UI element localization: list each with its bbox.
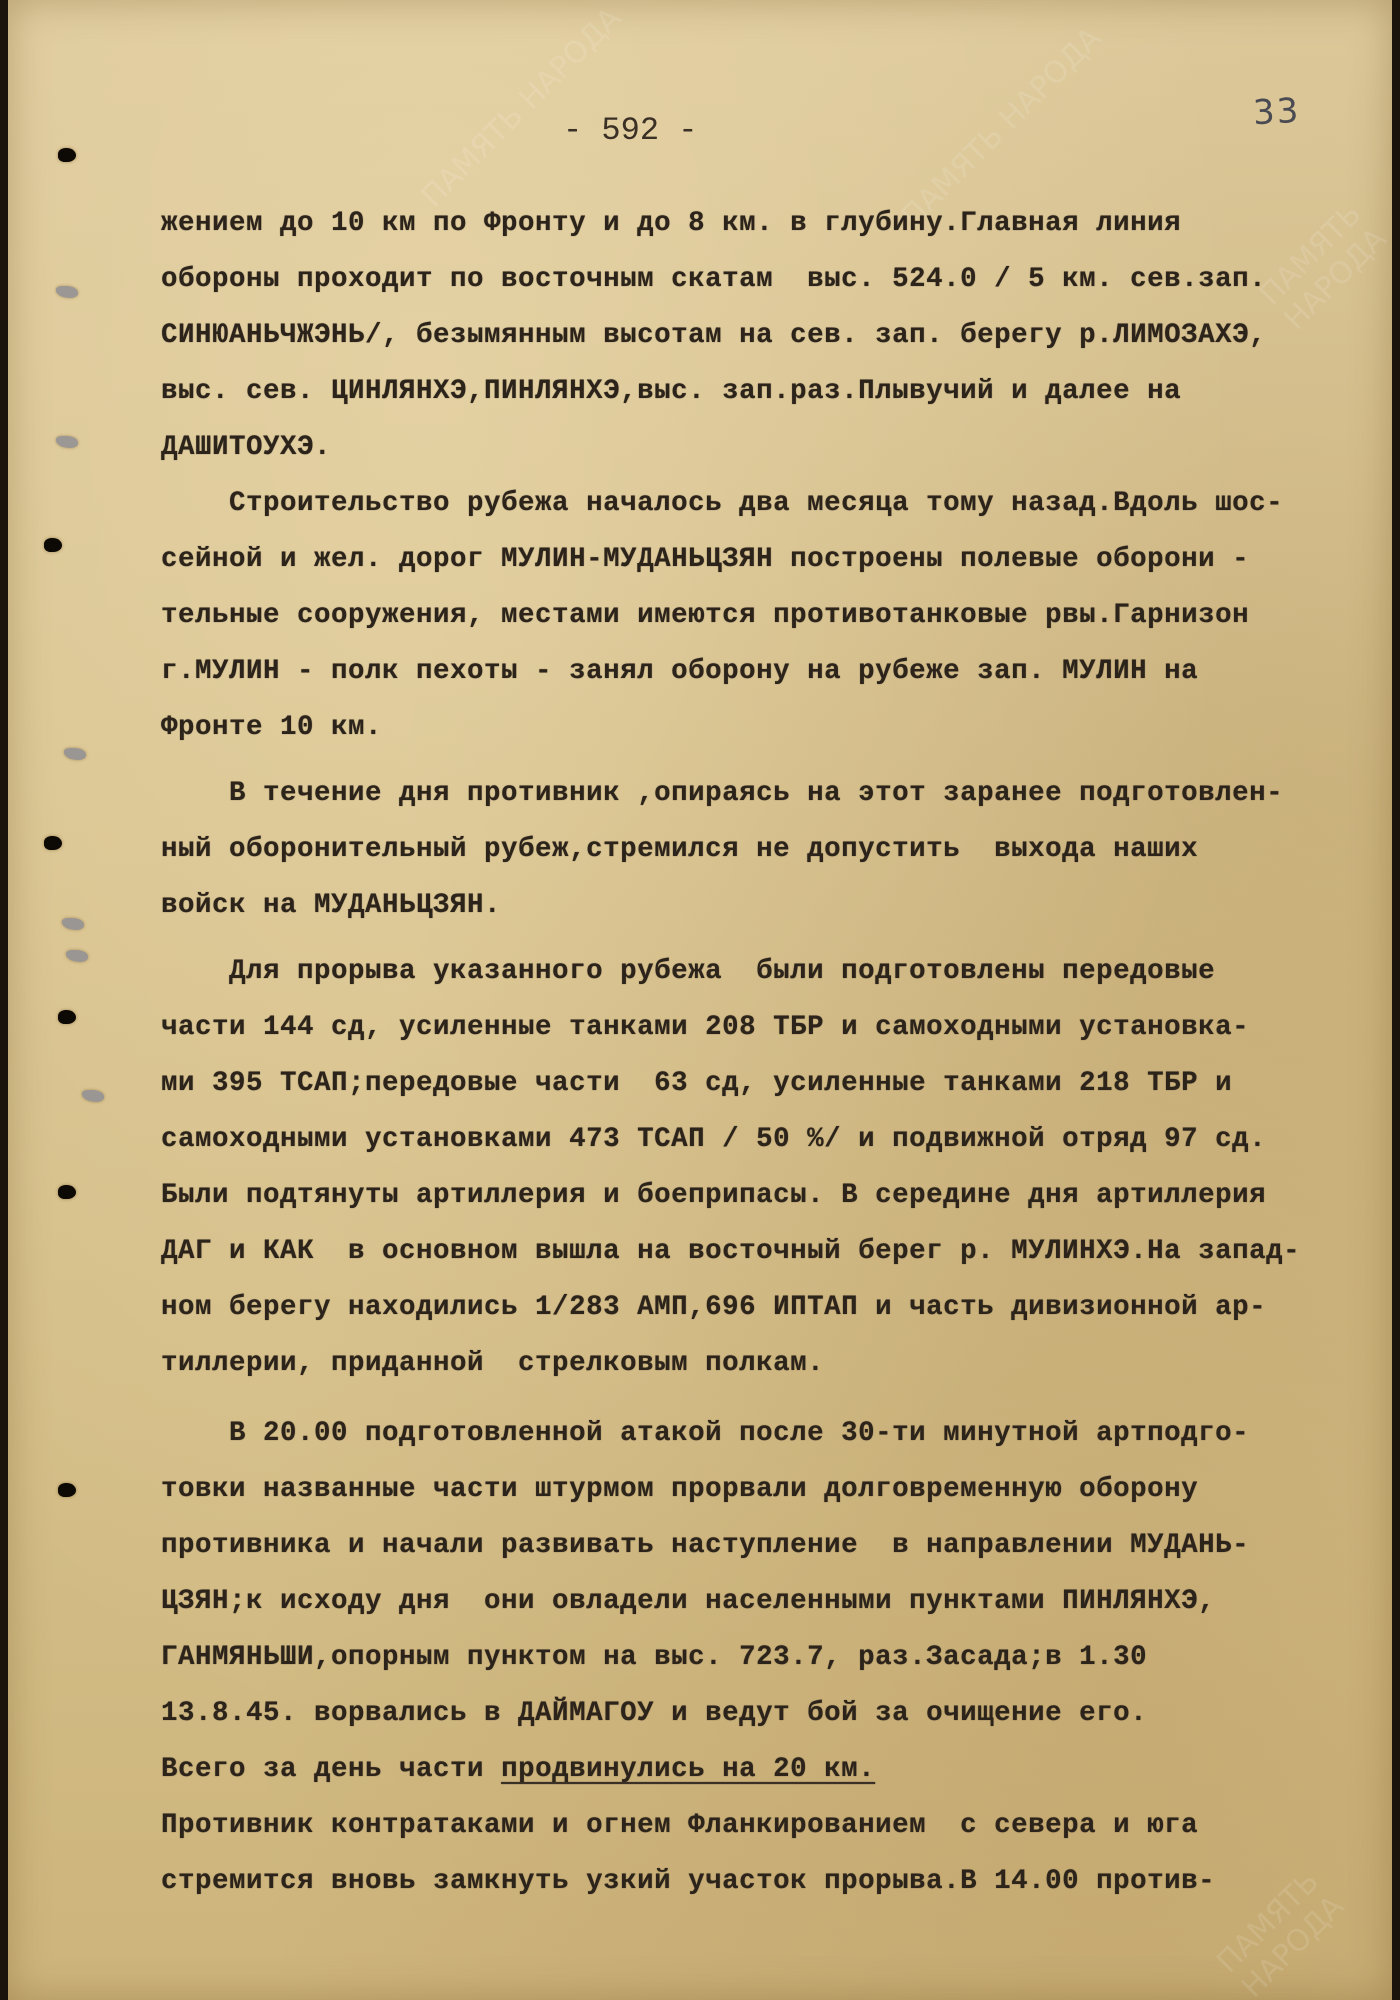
- text-line: В 20.00 подготовленной атакой после 30-т…: [161, 1406, 1400, 1462]
- document-body: жением до 10 км по Фронту и до 8 км. в г…: [161, 196, 1400, 1910]
- text-line: самоходными установками 473 ТСАП / 50 %/…: [161, 1112, 1400, 1168]
- binding-hole: [58, 1185, 76, 1199]
- paragraph-1: жением до 10 км по Фронту и до 8 км. в г…: [161, 196, 1400, 476]
- text-line: войск на МУДАНЬЦЗЯН.: [161, 878, 1400, 934]
- binding-hole: [44, 836, 62, 850]
- paragraph-5: В 20.00 подготовленной атакой после 30-т…: [161, 1406, 1400, 1742]
- binding-hole-torn: [56, 436, 78, 448]
- text-line: ный оборонительный рубеж,стремился не до…: [161, 822, 1400, 878]
- text-line: товки названные части штурмом прорвали д…: [161, 1462, 1400, 1518]
- text-line: части 144 сд, усиленные танками 208 ТБР …: [161, 1000, 1400, 1056]
- text-line: Противник контратаками и огнем Фланкиров…: [161, 1798, 1400, 1854]
- text-line: Были подтянуты артиллерия и боеприпасы. …: [161, 1168, 1400, 1224]
- binding-hole: [58, 1483, 76, 1497]
- binding-hole-torn: [64, 748, 86, 760]
- text-line: ГАНМЯНЬШИ,опорным пунктом на выс. 723.7,…: [161, 1630, 1400, 1686]
- text-line: стремится вновь замкнуть узкий участок п…: [161, 1854, 1400, 1910]
- binding-hole: [58, 148, 76, 162]
- text-line: тельные сооружения, местами имеются прот…: [161, 588, 1400, 644]
- text-line: ДАГ и КАК в основном вышла на восточный …: [161, 1224, 1400, 1280]
- paragraph-4: Для прорыва указанного рубежа были подго…: [161, 944, 1400, 1392]
- archive-folio-number: 33: [1252, 91, 1301, 133]
- underlined-text: продвинулись на 20 км.: [501, 1754, 875, 1785]
- text-line: г.МУЛИН - полк пехоты - занял оборону на…: [161, 644, 1400, 700]
- text-line: жением до 10 км по Фронту и до 8 км. в г…: [161, 196, 1400, 252]
- text-line: ми 395 ТСАП;передовые части 63 сд, усиле…: [161, 1056, 1400, 1112]
- binding-hole: [44, 538, 62, 552]
- text-line: ДАШИТОУХЭ.: [161, 420, 1400, 476]
- paragraph-3: В течение дня противник ,опираясь на это…: [161, 766, 1400, 934]
- binding-hole-torn: [82, 1090, 104, 1102]
- paragraph-6: Всего за день части продвинулись на 20 к…: [161, 1742, 1400, 1910]
- text-line: ЦЗЯН;к исходу дня они овладели населенны…: [161, 1574, 1400, 1630]
- text-line: Для прорыва указанного рубежа были подго…: [161, 944, 1400, 1000]
- paragraph-2: Строительство рубежа началось два месяца…: [161, 476, 1400, 756]
- text-line-underlined: Всего за день части продвинулись на 20 к…: [161, 1742, 1400, 1798]
- text-line: выс. сев. ЦИНЛЯНХЭ,ПИНЛЯНХЭ,выс. зап.раз…: [161, 364, 1400, 420]
- page-number: - 592 -: [563, 112, 697, 149]
- text-line: ном берегу находились 1/283 АМП,696 ИПТА…: [161, 1280, 1400, 1336]
- text-line: СИНЮАНЬЧЖЭНЬ/, безымянным высотам на сев…: [161, 308, 1400, 364]
- text-line: 13.8.45. ворвались в ДАЙМАГОУ и ведут бо…: [161, 1686, 1400, 1742]
- text-line: тиллерии, приданной стрелковым полкам.: [161, 1336, 1400, 1392]
- watermark: ПАМЯТЬ НАРОДА: [415, 1, 629, 215]
- text-line: Строительство рубежа началось два месяца…: [161, 476, 1400, 532]
- binding-hole-torn: [56, 286, 78, 298]
- text-line: В течение дня противник ,опираясь на это…: [161, 766, 1400, 822]
- text-span: Всего за день части: [161, 1754, 501, 1785]
- text-line: обороны проходит по восточным скатам выс…: [161, 252, 1400, 308]
- text-line: противника и начали развивать наступлени…: [161, 1518, 1400, 1574]
- text-line: Фронте 10 км.: [161, 700, 1400, 756]
- binding-hole-torn: [66, 950, 88, 962]
- binding-hole: [58, 1010, 76, 1024]
- document-page: ПАМЯТЬ НАРОДА ПАМЯТЬ НАРОДА ПАМЯТЬ НАРОД…: [8, 0, 1392, 2000]
- binding-hole-torn: [62, 918, 84, 930]
- text-line: сейной и жел. дорог МУЛИН-МУДАНЬЦЗЯН пос…: [161, 532, 1400, 588]
